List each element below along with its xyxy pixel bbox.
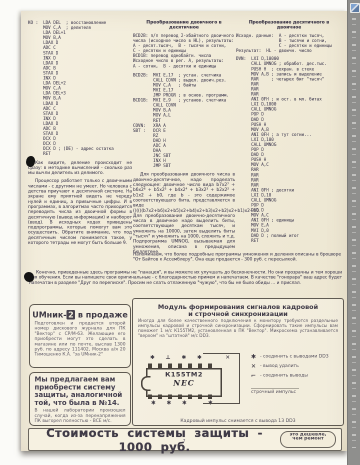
ad-protection-body: В нашей лаборатории произошел случай, ко… [30,407,130,424]
column-right: Преобразование десятичного в двоичное Ис… [236,20,342,260]
paragraph-division-note: Как видите, деление происходит не сразу:… [28,160,132,175]
module-sync-box: Модуль формирования сигналов кадровойи с… [132,298,344,426]
paragraph-processor-binary: Процессор работает только с двоичными чи… [28,179,132,246]
ink-blob [24,272,34,282]
column-left: КО : LDA DEL ; восстановление MOV C,A ; … [28,20,132,308]
cross-icon: ✕ [251,363,260,370]
paragraph-brochure: Напоминаем, что более подробные программ… [133,252,341,266]
ad-umnik2-body: Подготовлен и продается второй номер дис… [30,321,130,357]
legend-item: ✕ - вывод удалить [251,363,336,370]
asm-listing-bin-to-dec: BCD2B: MVI E,17 ; устан. счетчика CALL C… [133,72,235,168]
asm-desc-bin-to-dec: BCD2B: п/п перевод 2-хбайтного двоичного… [133,33,235,68]
asm-listing-dec-to-bin: DVN: LXI D,10000 CALL UMNOG ; обработ. д… [236,56,342,243]
thumbnail-icon[interactable] [350,3,360,13]
ad-protection-lead: Мы предлагаем вам приобрести систему защ… [30,373,130,407]
legend-item: ⌐ - соединить выводы [251,372,336,379]
wire-label: строчный импульс [251,388,299,395]
legend-item: ✱ - соединить с выводами DD3 [251,353,336,360]
module-body: Иногда для более качественного подключен… [133,318,343,339]
module-legend: ✱ - соединить с выводами DD3 ✕ - вывод у… [251,353,336,395]
asm-listing-division-rest: КО : LDA DEL ; восстановление MOV C,A ; … [28,20,132,156]
ad-protection: Мы предлагаем вам приобрести систему защ… [29,372,131,426]
header-dec-to-bin: Преобразование десятичного в двоичное [236,20,342,30]
chip-notch [141,376,151,391]
page-number: 7 [21,439,347,447]
column-middle: Преобразование двоичного в десятичное BC… [133,20,235,262]
ad-umnik2-title: UМник-2 в продаже [30,310,130,320]
asterisk-icon: ✱ [251,353,260,360]
module-caption: Кадровый импульс снимается с вывода 13 D… [133,418,343,424]
jumper-wire [203,353,240,404]
vertical-watermark-text [352,18,356,448]
magazine-page: КО : LDA DEL ; восстановление MOV C,A ; … [21,11,347,451]
header-bin-to-dec: Преобразование двоичного в десятичное [133,20,235,30]
asm-desc-dec-to-bin: Исходн. данные: A - десятки тысяч, B - т… [236,33,342,53]
paragraph-full-width: Конечно, приведенные здесь программы не … [29,270,342,290]
scanned-page-view: КО : LDA DEL ; восстановление MOV C,A ; … [0,0,360,465]
corner-wire-icon: ⌐ [251,372,260,379]
ad-umnik2: UМник-2 в продаже Подготовлен и продаетс… [29,304,131,368]
ink-blob [26,156,35,167]
pin-symbols-bottom: ✱ ✱ ✱ [151,400,191,407]
viewer-side-strip [347,0,360,465]
module-title: Модуль формирования сигналов кадровойи с… [133,304,343,318]
umnik-issue-number: 2 [67,310,76,320]
paragraph-conversion-method: Для преобразования двоичного числа в дво… [133,172,235,254]
